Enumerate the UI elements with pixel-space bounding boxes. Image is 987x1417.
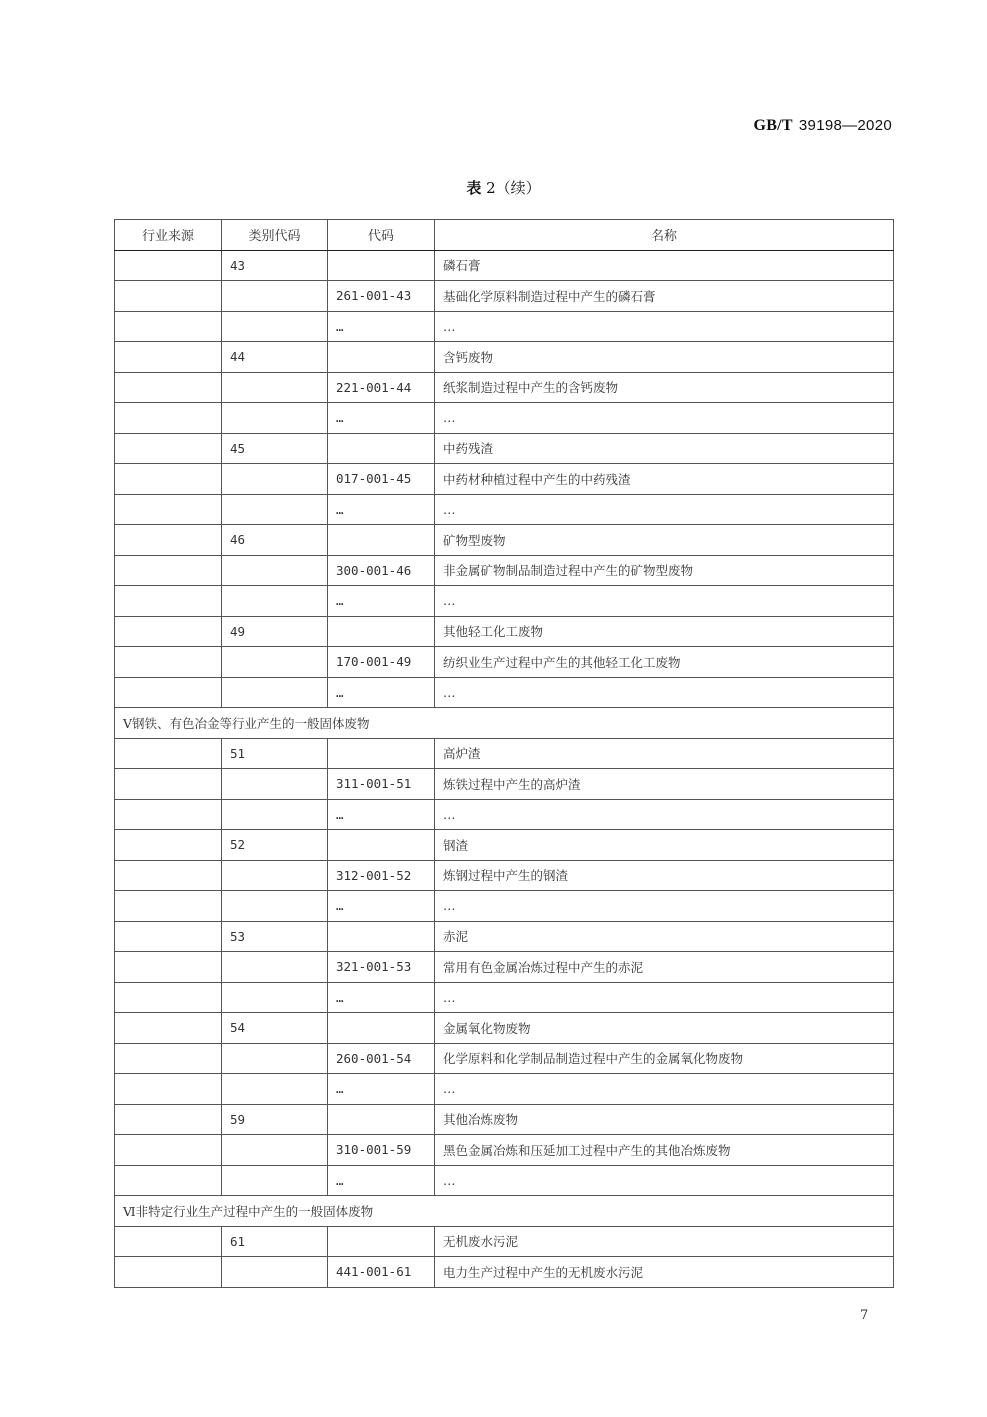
category-code-cell [222,586,328,617]
category-code-cell: 59 [222,1104,328,1135]
industry-source-cell [115,464,222,495]
table-row: 312-001-52炼钢过程中产生的钢渣 [115,860,894,891]
section-header-row: Ⅴ钢铁、有色冶金等行业产生的一般固体废物 [115,708,894,739]
table-row: 311-001-51炼铁过程中产生的高炉渣 [115,769,894,800]
category-code-cell [222,1165,328,1196]
category-code-cell [222,677,328,708]
category-code-cell [222,281,328,312]
table-title-label: 表 [466,179,481,197]
category-code-cell: 61 [222,1226,328,1257]
industry-source-cell [115,677,222,708]
category-code-cell [222,494,328,525]
code-cell [328,433,435,464]
industry-source-cell [115,494,222,525]
industry-source-cell [115,311,222,342]
table-row: 300-001-46非金属矿物制品制造过程中产生的矿物型废物 [115,555,894,586]
standard-prefix: GB/T [753,117,792,134]
category-code-cell [222,464,328,495]
name-cell: … [435,403,894,434]
table-title: 表 2（续） [0,177,987,198]
industry-source-cell [115,1165,222,1196]
name-cell: … [435,799,894,830]
section-title: Ⅵ非特定行业生产过程中产生的一般固体废物 [115,1196,894,1227]
code-cell [328,921,435,952]
code-cell: 321-001-53 [328,952,435,983]
category-code-cell [222,860,328,891]
code-cell: … [328,403,435,434]
category-code-cell [222,372,328,403]
category-code-cell: 45 [222,433,328,464]
code-cell: … [328,586,435,617]
code-cell: … [328,677,435,708]
code-cell: 311-001-51 [328,769,435,800]
code-cell [328,250,435,281]
category-code-cell [222,403,328,434]
name-cell: 纸浆制造过程中产生的含钙废物 [435,372,894,403]
code-cell: 221-001-44 [328,372,435,403]
category-code-cell: 49 [222,616,328,647]
section-header-row: Ⅵ非特定行业生产过程中产生的一般固体废物 [115,1196,894,1227]
name-cell: 含钙废物 [435,342,894,373]
category-code-cell: 44 [222,342,328,373]
name-cell: 矿物型废物 [435,525,894,556]
code-cell: 260-001-54 [328,1043,435,1074]
table-row: …… [115,1165,894,1196]
industry-source-cell [115,830,222,861]
name-cell: 炼钢过程中产生的钢渣 [435,860,894,891]
code-cell [328,830,435,861]
name-cell: 非金属矿物制品制造过程中产生的矿物型废物 [435,555,894,586]
table-row: 017-001-45中药材种植过程中产生的中药残渣 [115,464,894,495]
industry-source-cell [115,403,222,434]
code-cell: … [328,311,435,342]
table-row: …… [115,494,894,525]
category-code-cell: 53 [222,921,328,952]
name-cell: … [435,311,894,342]
industry-source-cell [115,525,222,556]
industry-source-cell [115,1043,222,1074]
code-cell [328,616,435,647]
standard-number: 39198—2020 [799,117,892,134]
industry-source-cell [115,555,222,586]
table-row: 61无机废水污泥 [115,1226,894,1257]
table-row: 44含钙废物 [115,342,894,373]
category-code-cell [222,952,328,983]
category-code-cell: 52 [222,830,328,861]
code-cell: 441-001-61 [328,1257,435,1288]
table-title-suffix: （续） [496,179,541,197]
column-header-code: 代码 [328,220,435,251]
industry-source-cell [115,342,222,373]
code-cell [328,1226,435,1257]
code-cell: … [328,1074,435,1105]
name-cell: … [435,1074,894,1105]
category-code-cell [222,799,328,830]
code-cell: 261-001-43 [328,281,435,312]
name-cell: … [435,982,894,1013]
category-code-cell: 51 [222,738,328,769]
name-cell: 纺织业生产过程中产生的其他轻工化工废物 [435,647,894,678]
industry-source-cell [115,769,222,800]
table-row: …… [115,799,894,830]
code-cell [328,525,435,556]
table-row: 53赤泥 [115,921,894,952]
table-row: 59其他冶炼废物 [115,1104,894,1135]
table-row: 46矿物型废物 [115,525,894,556]
code-cell: … [328,1165,435,1196]
name-cell: 黑色金属冶炼和压延加工过程中产生的其他冶炼废物 [435,1135,894,1166]
table-row: …… [115,891,894,922]
name-cell: … [435,494,894,525]
code-cell: 310-001-59 [328,1135,435,1166]
name-cell: 其他轻工化工废物 [435,616,894,647]
code-cell: … [328,799,435,830]
table-row: 260-001-54化学原料和化学制品制造过程中产生的金属氧化物废物 [115,1043,894,1074]
name-cell: 基础化学原料制造过程中产生的磷石膏 [435,281,894,312]
industry-source-cell [115,1104,222,1135]
code-cell [328,738,435,769]
standard-code: GB/T39198—2020 [753,117,892,135]
category-code-cell: 54 [222,1013,328,1044]
name-cell: 磷石膏 [435,250,894,281]
name-cell: 金属氧化物废物 [435,1013,894,1044]
category-code-cell: 43 [222,250,328,281]
industry-source-cell [115,372,222,403]
code-cell: 170-001-49 [328,647,435,678]
name-cell: … [435,586,894,617]
industry-source-cell [115,921,222,952]
industry-source-cell [115,433,222,464]
code-cell: … [328,891,435,922]
industry-source-cell [115,891,222,922]
category-code-cell [222,769,328,800]
table-body: 43磷石膏261-001-43基础化学原料制造过程中产生的磷石膏……44含钙废物… [115,250,894,1287]
code-cell: … [328,494,435,525]
name-cell: 电力生产过程中产生的无机废水污泥 [435,1257,894,1288]
industry-source-cell [115,1257,222,1288]
code-cell [328,1104,435,1135]
table-row: 52钢渣 [115,830,894,861]
industry-source-cell [115,250,222,281]
category-code-cell [222,311,328,342]
table-row: 49其他轻工化工废物 [115,616,894,647]
category-code-cell [222,891,328,922]
industry-source-cell [115,1135,222,1166]
table-row: 310-001-59黑色金属冶炼和压延加工过程中产生的其他冶炼废物 [115,1135,894,1166]
industry-source-cell [115,860,222,891]
table-row: 170-001-49纺织业生产过程中产生的其他轻工化工废物 [115,647,894,678]
name-cell: 中药材种植过程中产生的中药残渣 [435,464,894,495]
name-cell: 无机废水污泥 [435,1226,894,1257]
industry-source-cell [115,616,222,647]
table-header-row: 行业来源 类别代码 代码 名称 [115,220,894,251]
page-number: 7 [860,1308,868,1323]
industry-source-cell [115,1226,222,1257]
code-cell [328,1013,435,1044]
name-cell: 常用有色金属冶炼过程中产生的赤泥 [435,952,894,983]
table-row: 261-001-43基础化学原料制造过程中产生的磷石膏 [115,281,894,312]
name-cell: … [435,1165,894,1196]
category-code-cell [222,1135,328,1166]
industry-source-cell [115,647,222,678]
name-cell: … [435,677,894,708]
category-code-cell [222,1074,328,1105]
industry-source-cell [115,738,222,769]
table-row: …… [115,982,894,1013]
industry-source-cell [115,1013,222,1044]
name-cell: 高炉渣 [435,738,894,769]
table-title-number: 2 [486,179,496,197]
table-row: …… [115,311,894,342]
name-cell: 赤泥 [435,921,894,952]
table-row: …… [115,1074,894,1105]
industry-source-cell [115,586,222,617]
code-cell [328,342,435,373]
industry-source-cell [115,799,222,830]
table-row: 45中药残渣 [115,433,894,464]
code-cell: 300-001-46 [328,555,435,586]
table-row: 221-001-44纸浆制造过程中产生的含钙废物 [115,372,894,403]
code-cell: 017-001-45 [328,464,435,495]
industry-source-cell [115,952,222,983]
name-cell: … [435,891,894,922]
column-header-industry-source: 行业来源 [115,220,222,251]
table-row: 51高炉渣 [115,738,894,769]
table-row: 43磷石膏 [115,250,894,281]
category-code-cell [222,1043,328,1074]
table-row: …… [115,677,894,708]
name-cell: 钢渣 [435,830,894,861]
category-code-cell [222,555,328,586]
code-cell: 312-001-52 [328,860,435,891]
name-cell: 炼铁过程中产生的高炉渣 [435,769,894,800]
table-row: 321-001-53常用有色金属冶炼过程中产生的赤泥 [115,952,894,983]
category-code-cell [222,1257,328,1288]
section-title: Ⅴ钢铁、有色冶金等行业产生的一般固体废物 [115,708,894,739]
name-cell: 其他冶炼废物 [435,1104,894,1135]
industry-source-cell [115,982,222,1013]
table-row: 54金属氧化物废物 [115,1013,894,1044]
category-code-cell [222,982,328,1013]
waste-classification-table: 行业来源 类别代码 代码 名称 43磷石膏261-001-43基础化学原料制造过… [114,219,894,1288]
column-header-name: 名称 [435,220,894,251]
category-code-cell [222,647,328,678]
column-header-category-code: 类别代码 [222,220,328,251]
name-cell: 化学原料和化学制品制造过程中产生的金属氧化物废物 [435,1043,894,1074]
table-row: 441-001-61电力生产过程中产生的无机废水污泥 [115,1257,894,1288]
industry-source-cell [115,1074,222,1105]
table-row: …… [115,586,894,617]
name-cell: 中药残渣 [435,433,894,464]
industry-source-cell [115,281,222,312]
code-cell: … [328,982,435,1013]
category-code-cell: 46 [222,525,328,556]
table-row: …… [115,403,894,434]
